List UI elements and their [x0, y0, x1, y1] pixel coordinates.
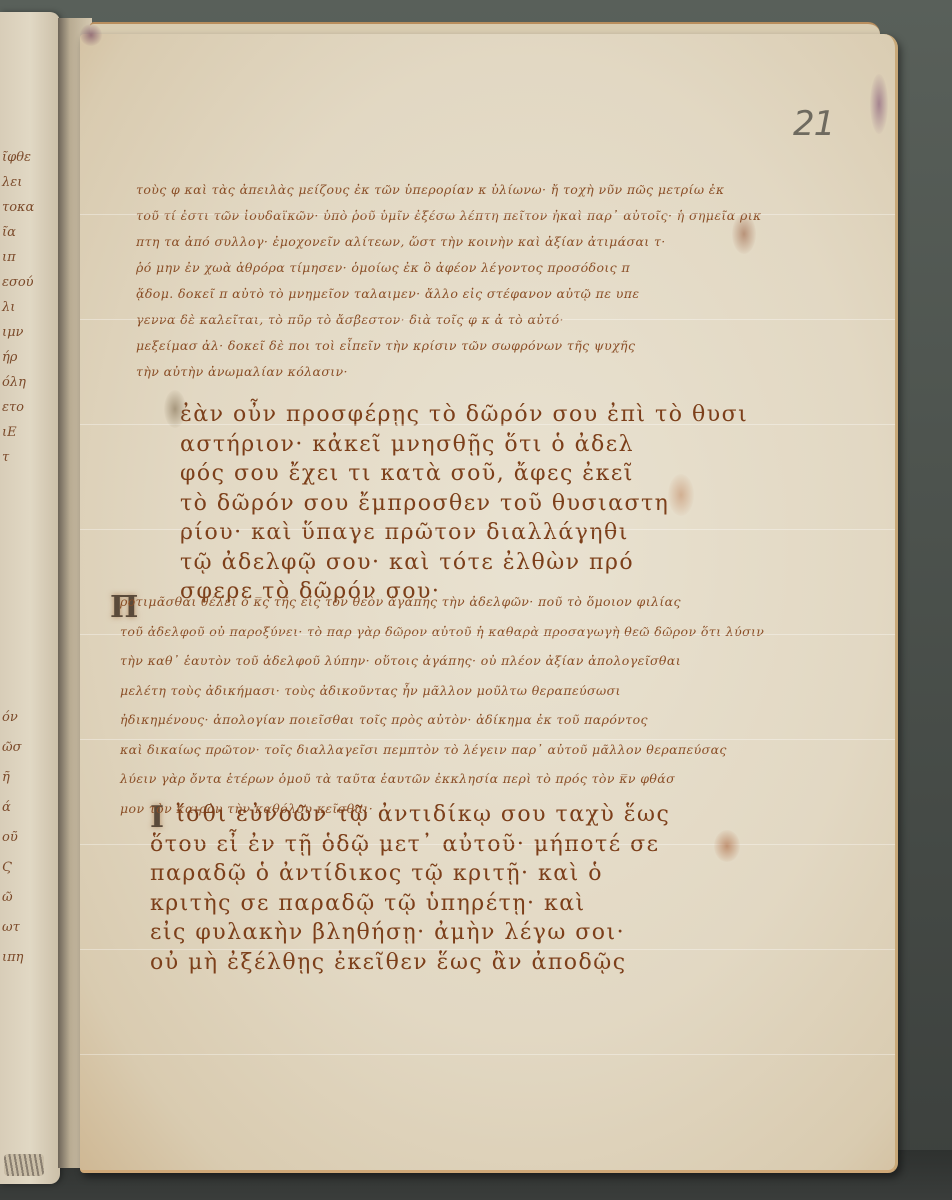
ruling-line: [80, 214, 895, 215]
ruling-line: [80, 424, 895, 425]
commentary-line: ἠδικημένους· ἀπολογίαν ποιεῖσθαι τοῖς πρ…: [120, 712, 648, 727]
ruling-line: [80, 949, 895, 950]
left-page-text-fragment: ῖα: [2, 225, 16, 240]
ruling-line: [80, 1054, 895, 1055]
gospel-text-line: παραδῷ ὁ ἀντίδικος τῷ κριτῇ· καὶ ὁ: [150, 861, 603, 886]
left-page-text-fragment: όν: [2, 710, 18, 725]
right-page: 21 Π Ι τοὺς φ καὶ τὰς ἀπειλὰς μείζους ἐκ…: [80, 34, 898, 1173]
stain: [164, 390, 186, 428]
left-page-text-fragment: ῖφθε: [2, 150, 31, 165]
gospel-text-line: κριτὴς σε παραδῷ τῷ ὑπηρέτῃ· καὶ: [150, 891, 586, 916]
left-page-text-fragment: ῆ: [2, 770, 10, 785]
left-page-text-fragment: ά: [2, 800, 11, 815]
left-page-text-fragment: ετο: [2, 400, 24, 415]
gospel-text-line: τὸ δῶρόν σου ἔμπροσθεν τοῦ θυσιαστη: [180, 491, 669, 516]
stain: [732, 214, 756, 254]
commentary-line: ροτιμᾶσθαι θέλει ὁ κ̅ς τῆς εἰς τὸν θεὸν …: [120, 594, 681, 609]
left-page-text-fragment: Ϛ: [2, 860, 12, 875]
gospel-text-line: ἴσθι εὐνοῶν τῷ ἀντιδίκῳ σου ταχὺ ἕως: [176, 802, 670, 827]
commentary-line: τὴν αὐτὴν ἀνωμαλίαν κόλασιν·: [136, 364, 348, 379]
stain: [870, 74, 888, 134]
commentary-line: τοῦ ἀδελφοῦ οὐ παροξύνει· τὸ παρ γὰρ δῶρ…: [120, 624, 764, 639]
left-page-text-fragment: λι: [2, 300, 15, 315]
commentary-line: ᾅδομ. δοκεῖ π αὐτὸ τὸ μνημεῖον ταλαιμεν·…: [136, 286, 639, 301]
left-page-text-fragment: οῦ: [2, 830, 18, 845]
commentary-line: ῥό μην ἐν χωὰ ἀθρόρα τίμησεν· ὁμοίως ἐκ …: [136, 260, 630, 275]
left-page-text-fragment: ιπη: [2, 950, 23, 965]
gospel-text-line: φός σου ἔχει τι κατὰ σοῦ, ἄφες ἐκεῖ: [180, 461, 634, 486]
gospel-text-line: αστήριον· κἀκεῖ μνησθῇς ὅτι ὁ ἀδελ: [180, 432, 634, 457]
commentary-line: λύειν γὰρ ὄντα ἑτέρων ὁμοῦ τὰ ταῦτα ἑαυτ…: [120, 771, 675, 786]
gospel-text-line: οὐ μὴ ἐξέλθῃς ἐκεῖθεν ἕως ἂν ἀποδῷς: [150, 950, 627, 975]
commentary-line: καὶ δικαίως πρῶτον· τοῖς διαλλαγεῖσι πεμ…: [120, 742, 727, 757]
stain: [80, 24, 102, 46]
commentary-line: τὴν καθ᾽ ἑαυτὸν τοῦ ἀδελφοῦ λύπην· οὕτοι…: [120, 653, 681, 668]
left-page-text-fragment: τ: [2, 450, 9, 465]
left-page-text-fragment: ιπ: [2, 250, 16, 265]
commentary-line: μελέτη τοὺς ἀδικήμασι· τοὺς ἀδικοῦντας ἦ…: [120, 683, 621, 698]
frayed-page-corner: [4, 1154, 44, 1176]
ruling-line: [80, 739, 895, 740]
gospel-text-line: τῷ ἀδελφῷ σου· καὶ τότε ἐλθὼν πρό: [180, 550, 634, 575]
gospel-text-line: εἰς φυλακὴν βληθήσῃ· ἀμὴν λέγω σοι·: [150, 920, 625, 945]
folio-number: 21: [793, 104, 834, 144]
commentary-line: πτη τα ἀπό συλλογ· ἐμοχονεῖν αλίτεων, ὥσ…: [136, 234, 666, 249]
gospel-text-line: ρίου· καὶ ὕπαγε πρῶτον διαλλάγηθι: [180, 520, 629, 545]
ruling-line: [80, 319, 895, 320]
left-page-text-fragment: ῶ: [2, 890, 13, 905]
stain: [714, 830, 740, 862]
left-page-text-fragment: ιΕ: [2, 425, 17, 440]
left-page-text-fragment: όλη: [2, 375, 26, 390]
commentary-line: τοὺς φ καὶ τὰς ἀπειλὰς μείζους ἐκ τῶν ὑπ…: [136, 182, 725, 197]
left-page-text-fragment: ωτ: [2, 920, 20, 935]
left-page-text-fragment: ιμν: [2, 325, 23, 340]
commentary-line: μεξείμασ ἀλ· δοκεῖ δὲ ποι τοὶ εἶπεῖν τὴν…: [136, 338, 635, 353]
stain: [668, 474, 694, 516]
left-page-text-fragment: τοκα: [2, 200, 34, 215]
ruling-line: [80, 529, 895, 530]
left-page: ῖφθελειτοκαῖαιπεσούλιιμνήρόληετοιΕτόνῶσῆ…: [0, 12, 60, 1184]
ruling-line: [80, 844, 895, 845]
left-page-text-fragment: λει: [2, 175, 22, 190]
ruling-line: [80, 634, 895, 635]
left-page-text-fragment: εσού: [2, 275, 34, 290]
commentary-line: τοῦ τί ἐστι τῶν ἰουδαϊκῶν· ὑπὸ ῥοῦ ὑμῖν …: [136, 208, 762, 223]
left-page-text-fragment: ήρ: [2, 350, 17, 365]
left-page-text-fragment: ῶσ: [2, 740, 21, 755]
